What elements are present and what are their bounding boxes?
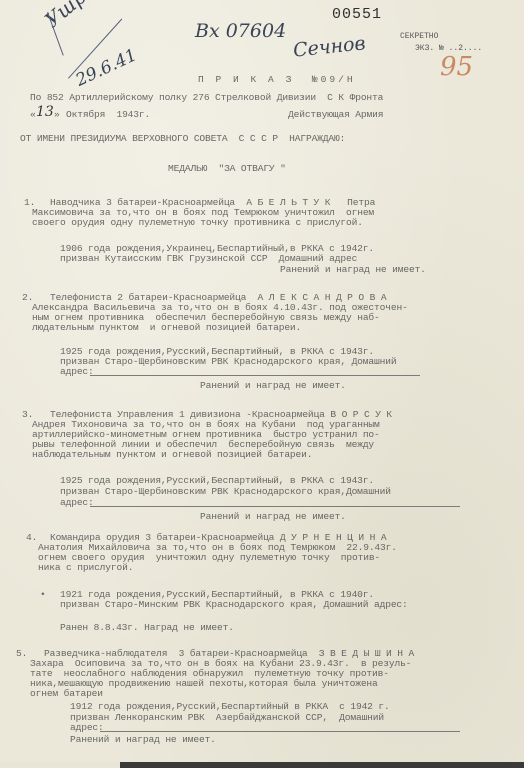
archival-document-page: Ушр ФР 29.6.41 Вх 07604 Сечнов 00551 СЕК… <box>0 0 524 762</box>
entry-bio-line: призван Старо-Щербиновским РВК Краснодар… <box>60 486 391 497</box>
order-date-quote-close: » <box>54 109 60 120</box>
preamble: ОТ ИМЕНИ ПРЕЗИДИУМА ВЕРХОВНОГО СОВЕТА С … <box>20 133 345 144</box>
order-title: П Р И К А З №09/Н <box>198 74 356 85</box>
entry-text-line: огнем батареи <box>30 688 103 699</box>
entry-text-line: наблюдательным пунктом и огневой позицие… <box>32 449 312 460</box>
red-page-number: 95 <box>440 52 473 82</box>
entry-bio-line: призван Старо-Щербиновским РВК Краснодар… <box>60 356 396 367</box>
address-underline <box>90 375 420 376</box>
medal-name: МЕДАЛЬЮ "ЗА ОТВАГУ " <box>168 163 286 174</box>
entry-text-line: своего орудия одну пулеметную точку прот… <box>32 217 363 228</box>
entry-note: Ранений и наград не имеет. <box>200 380 346 391</box>
secret-label: СЕКРЕТНО <box>400 32 438 42</box>
handwritten-date: 29.6.41 <box>73 45 140 91</box>
entry-bio-line: призван Старо-Минским РВК Краснодарского… <box>60 599 408 610</box>
entry-bio-line: 1912 года рождения,Русский,Беспартийный … <box>70 701 390 712</box>
order-date: Октября 1943г. <box>66 109 150 120</box>
entry-bio-line: адрес: <box>60 497 94 508</box>
entry-bio-line: 1925 года рождения,Русский,Беспартийный,… <box>60 475 374 486</box>
order-addressee: По 852 Артиллерийскому полку 276 Стрелко… <box>30 92 383 103</box>
address-underline <box>100 731 460 732</box>
order-date-day: 13 <box>36 104 54 120</box>
entry-number: 4. <box>26 532 37 543</box>
scan-bottom-edge <box>120 762 524 768</box>
entry-bullet: • <box>40 589 46 600</box>
entry-number: 5. <box>16 648 27 659</box>
entry-text-line: людательным пунктом и огневой позицией б… <box>32 322 301 333</box>
entry-note: Ранений и наград не имеет. <box>280 264 426 275</box>
entry-bio-line: призван Кутаисским ГВК Грузинской ССР До… <box>60 253 357 264</box>
entry-bio-line: адрес: <box>60 366 94 377</box>
signature: Сечнов <box>292 32 367 61</box>
stamp-number: 00551 <box>332 6 382 23</box>
entry-bio-line: адрес: <box>70 722 104 733</box>
incoming-number: Вх 07604 <box>195 20 286 42</box>
entry-bio-line: призван Ленкоранским РВК Азербайджанской… <box>70 712 384 723</box>
army-label: Действующая Армия <box>288 109 383 120</box>
address-underline <box>90 506 460 507</box>
entry-note: Ранен 8.8.43г. Наград не имеет. <box>60 622 234 633</box>
entry-text-line: ника с прислугой. <box>38 562 133 573</box>
entry-note: Ранений и наград не имеет. <box>70 734 216 745</box>
order-date-quote: « <box>30 109 36 120</box>
entry-note: Ранений и наград не имеет. <box>200 511 346 522</box>
